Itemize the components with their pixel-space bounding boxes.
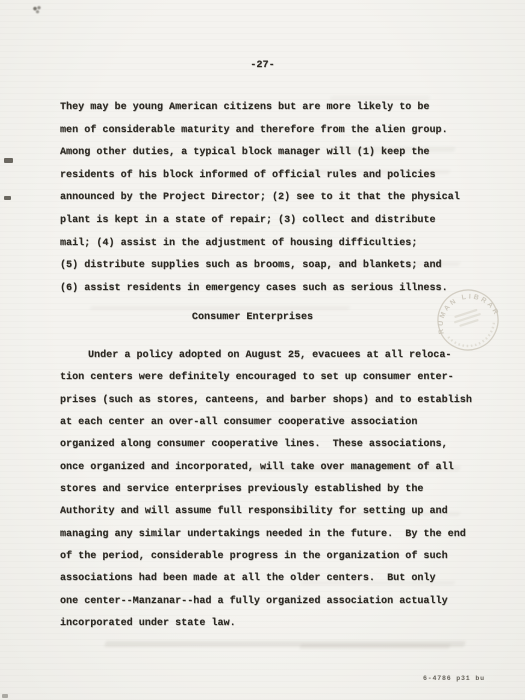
scanned-document-page: -27- They may be young American citizens… <box>0 0 525 700</box>
paragraph-block-managers: They may be young American citizens but … <box>60 97 500 300</box>
text-line: Under a policy adopted on August 25, eva… <box>60 345 500 367</box>
ink-speck <box>4 196 11 200</box>
paragraph-consumer-enterprises: Under a policy adopted on August 25, eva… <box>60 345 500 635</box>
text-line: Authority and will assume full responsib… <box>60 501 500 523</box>
ink-speck <box>2 694 8 698</box>
text-line: of the period, considerable progress in … <box>60 546 500 568</box>
text-line: prises (such as stores, canteens, and ba… <box>60 390 500 412</box>
text-line: managing any similar undertakings needed… <box>60 524 500 546</box>
text-line: one center--Manzanar--had a fully organi… <box>60 591 500 613</box>
text-line: organized along consumer cooperative lin… <box>60 434 500 456</box>
text-line: Among other duties, a typical block mana… <box>60 142 500 165</box>
text-line: associations had been made at all the ol… <box>60 568 500 590</box>
text-line: men of considerable maturity and therefo… <box>60 120 500 143</box>
text-line: tion centers were definitely encouraged … <box>60 367 500 389</box>
text-line: plant is kept in a state of repair; (3) … <box>60 210 500 233</box>
bleed-through-mark <box>299 644 450 649</box>
page-number: -27- <box>0 60 525 72</box>
text-line: announced by the Project Director; (2) s… <box>60 187 500 210</box>
text-line: stores and service enterprises previousl… <box>60 479 500 501</box>
archive-reference-code: 6-4786 p31 bu <box>423 675 485 682</box>
text-line: (5) distribute supplies such as brooms, … <box>60 255 500 278</box>
bleed-through-mark <box>90 306 351 310</box>
text-line: once organized and incorporated, will ta… <box>60 457 500 479</box>
text-line: residents of his block informed of offic… <box>60 165 500 188</box>
text-line: incorporated under state law. <box>60 613 500 635</box>
text-line: mail; (4) assist in the adjustment of ho… <box>60 233 500 256</box>
text-line: They may be young American citizens but … <box>60 97 500 120</box>
ink-speck <box>4 158 13 163</box>
ink-smudge <box>32 5 42 14</box>
text-line: at each center an over-all consumer coop… <box>60 412 500 434</box>
